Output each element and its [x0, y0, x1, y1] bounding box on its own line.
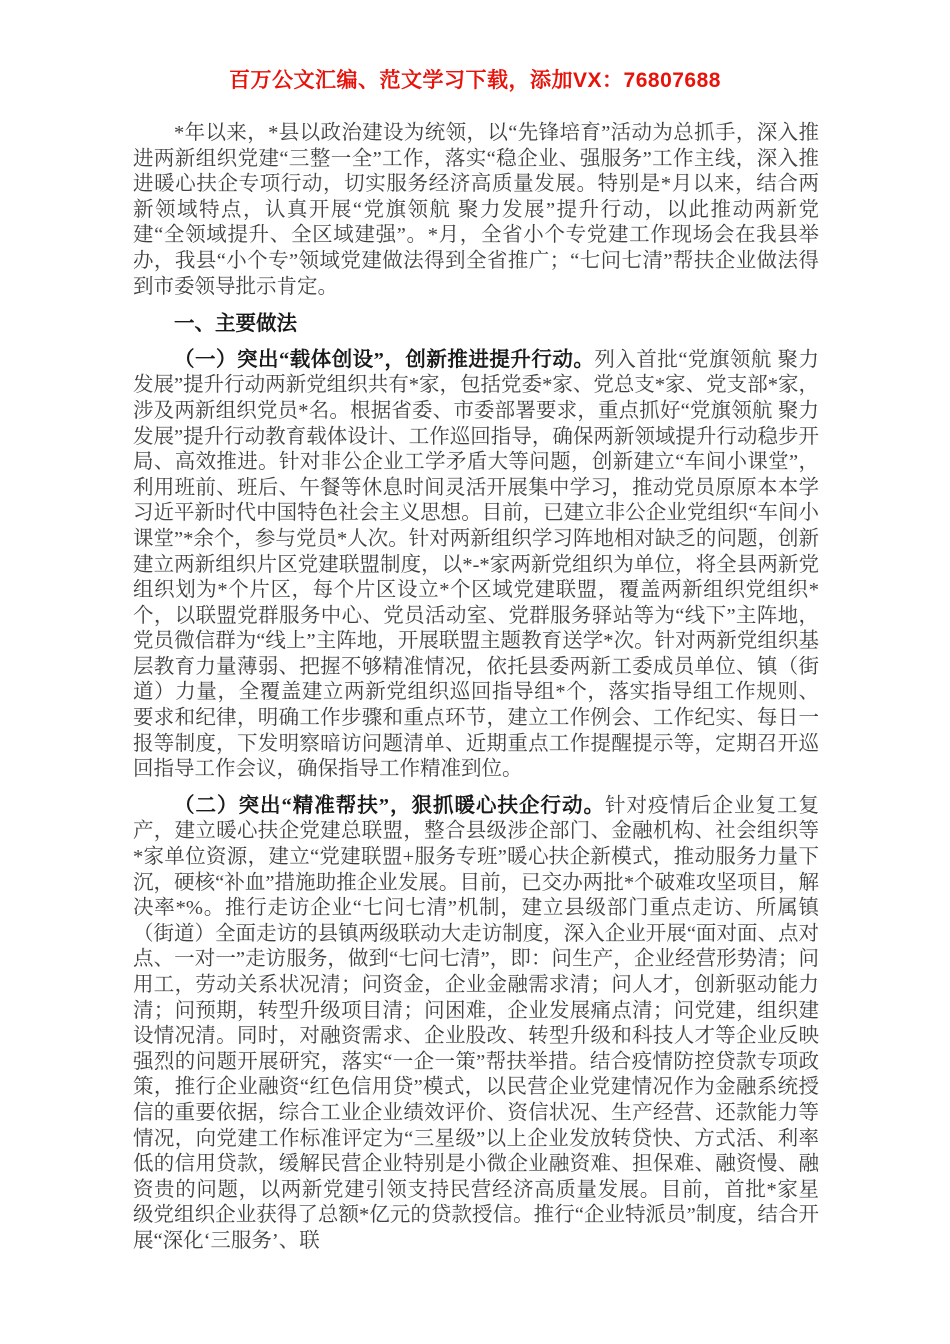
intro-paragraph: *年以来，*县以政治建设为统领，以“先锋培育”活动为总抓手，深入推进两新组织党建…: [133, 121, 819, 300]
section-heading-main-practices: 一、主要做法: [133, 311, 819, 337]
document-page: 百万公文汇编、范文学习下载，添加VX：76807688 *年以来，*县以政治建设…: [0, 0, 950, 1344]
paragraph-text-carrier-creation: 列入首批“党旗领航 聚力发展”提升行动两新党组织共有*家，包括党委*家、党总支*…: [133, 349, 819, 781]
paragraph-precise-assistance: （二）突出“精准帮扶”，狠抓暖心扶企行动。针对疫情后企业复工复产，建立暖心扶企党…: [133, 794, 819, 1255]
document-body: *年以来，*县以政治建设为统领，以“先锋培育”活动为总抓手，深入推进两新组织党建…: [133, 121, 819, 1266]
download-notice-banner: 百万公文汇编、范文学习下载，添加VX：76807688: [0, 64, 950, 94]
paragraph-text-precise-assistance: 针对疫情后企业复工复产，建立暖心扶企党建总联盟，整合县级涉企部门、金融机构、社会…: [133, 795, 819, 1252]
paragraph-lead-precise-assistance: （二）突出“精准帮扶”，狠抓暖心扶企行动。: [174, 795, 605, 817]
paragraph-lead-carrier-creation: （一）突出“载体创设”，创新推进提升行动。: [174, 349, 594, 371]
paragraph-carrier-creation: （一）突出“载体创设”，创新推进提升行动。列入首批“党旗领航 聚力发展”提升行动…: [133, 348, 819, 783]
